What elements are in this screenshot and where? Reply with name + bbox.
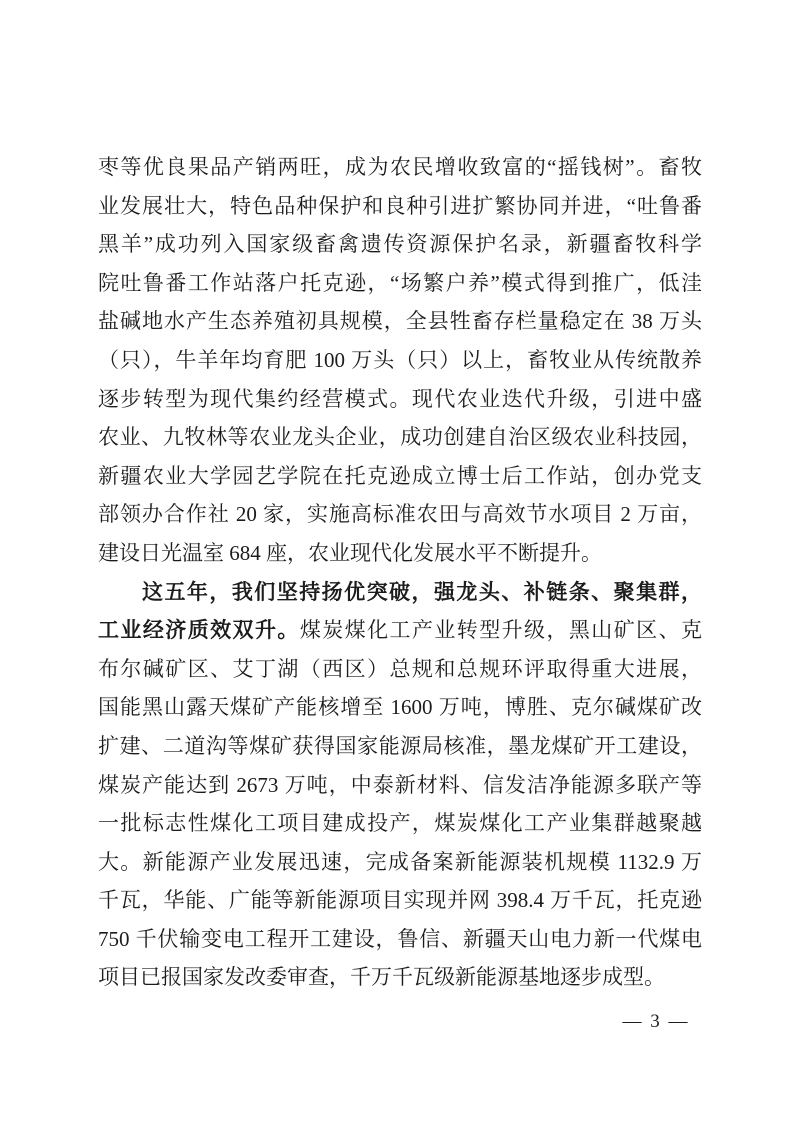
text-segment: 国能黑山露天煤矿产能核增至 1600 万吨，博胜、克尔碱煤矿改 bbox=[98, 695, 702, 719]
text-line: 农业、九牧林等农业龙头企业，成功创建自治区级农业科技园， bbox=[98, 418, 702, 457]
text-line: 750 千伏输变电工程开工建设，鲁信、新疆天山电力新一代煤电 bbox=[98, 920, 702, 959]
text-line: 大。新能源产业发展迅速，完成备案新能源装机规模 1132.9 万 bbox=[98, 843, 702, 882]
text-segment: 煤炭产能达到 2673 万吨，中泰新材料、信发洁净能源多联产等 bbox=[98, 773, 702, 797]
text-line: 千瓦，华能、广能等新能源项目实现并网 398.4 万千瓦，托克逊 bbox=[98, 881, 702, 920]
text-line: 布尔碱矿区、艾丁湖（西区）总规和总规环评取得重大进展， bbox=[98, 650, 702, 689]
text-segment: 逐步转型为现代集约经营模式。现代农业迭代升级，引进中盛 bbox=[98, 387, 702, 411]
text-line: 项目已报国家发改委审查，千万千瓦级新能源基地逐步成型。 bbox=[98, 958, 702, 997]
document-page: 枣等优良果品产销两旺，成为农民增收致富的“摇钱树”。畜牧业发展壮大，特色品种保护… bbox=[0, 0, 790, 1122]
text-line: 建设日光温室 684 座，农业现代化发展水平不断提升。 bbox=[98, 534, 702, 573]
bold-text-segment: 工业经济质效双升。 bbox=[98, 618, 300, 642]
text-line: 逐步转型为现代集约经营模式。现代农业迭代升级，引进中盛 bbox=[98, 380, 702, 419]
text-line: 国能黑山露天煤矿产能核增至 1600 万吨，博胜、克尔碱煤矿改 bbox=[98, 688, 702, 727]
text-line: 煤炭产能达到 2673 万吨，中泰新材料、信发洁净能源多联产等 bbox=[98, 766, 702, 805]
bold-text-segment: 这五年，我们坚持扬优突破，强龙头、补链条、聚集群， bbox=[142, 580, 702, 604]
text-segment: 院吐鲁番工作站落户托克逊，“场繁户养”模式得到推广，低洼 bbox=[98, 271, 702, 295]
text-segment: 扩建、二道沟等煤矿获得国家能源局核准，墨龙煤矿开工建设， bbox=[98, 734, 702, 758]
text-line: 新疆农业大学园艺学院在托克逊成立博士后工作站，创办党支 bbox=[98, 457, 702, 496]
text-line: 院吐鲁番工作站落户托克逊，“场繁户养”模式得到推广，低洼 bbox=[98, 264, 702, 303]
text-line: 业发展壮大，特色品种保护和良种引进扩繁协同并进，“吐鲁番 bbox=[98, 187, 702, 226]
text-line: （只），牛羊年均育肥 100 万头（只）以上，畜牧业从传统散养 bbox=[98, 341, 702, 380]
text-segment: 黑羊”成功列入国家级畜禽遗传资源保护名录，新疆畜牧科学 bbox=[98, 232, 702, 256]
text-line: 黑羊”成功列入国家级畜禽遗传资源保护名录，新疆畜牧科学 bbox=[98, 225, 702, 264]
text-segment: 盐碱地水产生态养殖初具规模，全县牲畜存栏量稳定在 38 万头 bbox=[98, 309, 702, 333]
text-segment: 部领办合作社 20 家，实施高标准农田与高效节水项目 2 万亩， bbox=[98, 502, 702, 526]
text-segment: 一批标志性煤化工项目建成投产，煤炭煤化工产业集群越聚越 bbox=[98, 811, 702, 835]
text-segment: 煤炭煤化工产业转型升级，黑山矿区、克 bbox=[300, 618, 702, 642]
text-line: 工业经济质效双升。煤炭煤化工产业转型升级，黑山矿区、克 bbox=[98, 611, 702, 650]
text-segment: （只），牛羊年均育肥 100 万头（只）以上，畜牧业从传统散养 bbox=[98, 348, 702, 372]
text-segment: 新疆农业大学园艺学院在托克逊成立博士后工作站，创办党支 bbox=[98, 464, 702, 488]
text-segment: 大。新能源产业发展迅速，完成备案新能源装机规模 1132.9 万 bbox=[98, 850, 702, 874]
text-line: 枣等优良果品产销两旺，成为农民增收致富的“摇钱树”。畜牧 bbox=[98, 148, 702, 187]
text-line: 部领办合作社 20 家，实施高标准农田与高效节水项目 2 万亩， bbox=[98, 495, 702, 534]
body-text-block: 枣等优良果品产销两旺，成为农民增收致富的“摇钱树”。畜牧业发展壮大，特色品种保护… bbox=[98, 148, 702, 997]
text-segment: 枣等优良果品产销两旺，成为农民增收致富的“摇钱树”。畜牧 bbox=[98, 155, 702, 179]
text-segment: 建设日光温室 684 座，农业现代化发展水平不断提升。 bbox=[98, 541, 602, 565]
text-line: 这五年，我们坚持扬优突破，强龙头、补链条、聚集群， bbox=[98, 573, 702, 612]
text-segment: 项目已报国家发改委审查，千万千瓦级新能源基地逐步成型。 bbox=[98, 965, 665, 989]
text-line: 盐碱地水产生态养殖初具规模，全县牲畜存栏量稳定在 38 万头 bbox=[98, 302, 702, 341]
page-number: — 3 — bbox=[600, 1010, 712, 1034]
text-segment: 农业、九牧林等农业龙头企业，成功创建自治区级农业科技园， bbox=[98, 425, 702, 449]
text-line: 扩建、二道沟等煤矿获得国家能源局核准，墨龙煤矿开工建设， bbox=[98, 727, 702, 766]
text-segment: 750 千伏输变电工程开工建设，鲁信、新疆天山电力新一代煤电 bbox=[98, 927, 702, 951]
text-line: 一批标志性煤化工项目建成投产，煤炭煤化工产业集群越聚越 bbox=[98, 804, 702, 843]
text-segment: 千瓦，华能、广能等新能源项目实现并网 398.4 万千瓦，托克逊 bbox=[98, 888, 702, 912]
text-segment: 布尔碱矿区、艾丁湖（西区）总规和总规环评取得重大进展， bbox=[98, 657, 702, 681]
text-segment: 业发展壮大，特色品种保护和良种引进扩繁协同并进，“吐鲁番 bbox=[98, 194, 702, 218]
